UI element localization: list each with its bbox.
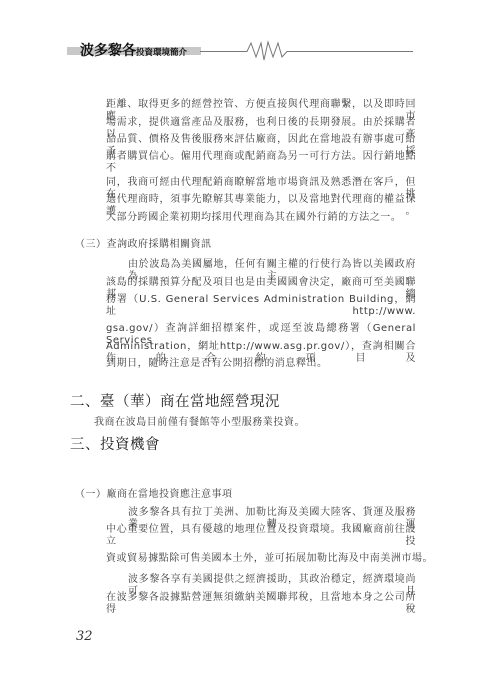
subsection-heading: （一）廠商在當地投資應注意事項 (75, 489, 233, 501)
text-line: 購者購買信心。僱用代理商或配銷商為另一可行方法。因行銷地點不 (106, 151, 416, 175)
text-line: 我商在波島目前僅有餐館等小型服務業投資。 (94, 417, 305, 429)
section-heading: 三、投資機會 (70, 437, 160, 453)
text-line: 大部分跨國企業初期均採用代理商為其在國外行銷的方法之一。 (106, 212, 401, 224)
header-zigzag-line-icon (0, 0, 480, 80)
text-line: 到期日，隨時注意是否有公開招標的消息釋出。 (106, 358, 328, 370)
text-line: 在波多黎各設據點營運無須繳納美國聯邦稅，且當地本身之公司所得稅 (106, 592, 416, 616)
text-line: 中心重要位置，具有優越的地理位置及投資環境。我國廠商前往設立投 (106, 524, 416, 548)
subsection-heading: （三）查詢政府採購相關資訊 (75, 239, 212, 251)
page-number: 32 (76, 629, 93, 644)
text-line: 資或貿易據點除可售美國本土外，並可拓展加勒比海及中南美洲市場。 (106, 553, 433, 565)
text-line: 務署（U.S. General Services Administration … (106, 294, 416, 318)
section-heading: 二、臺（華）商在當地經營現況 (70, 394, 280, 410)
